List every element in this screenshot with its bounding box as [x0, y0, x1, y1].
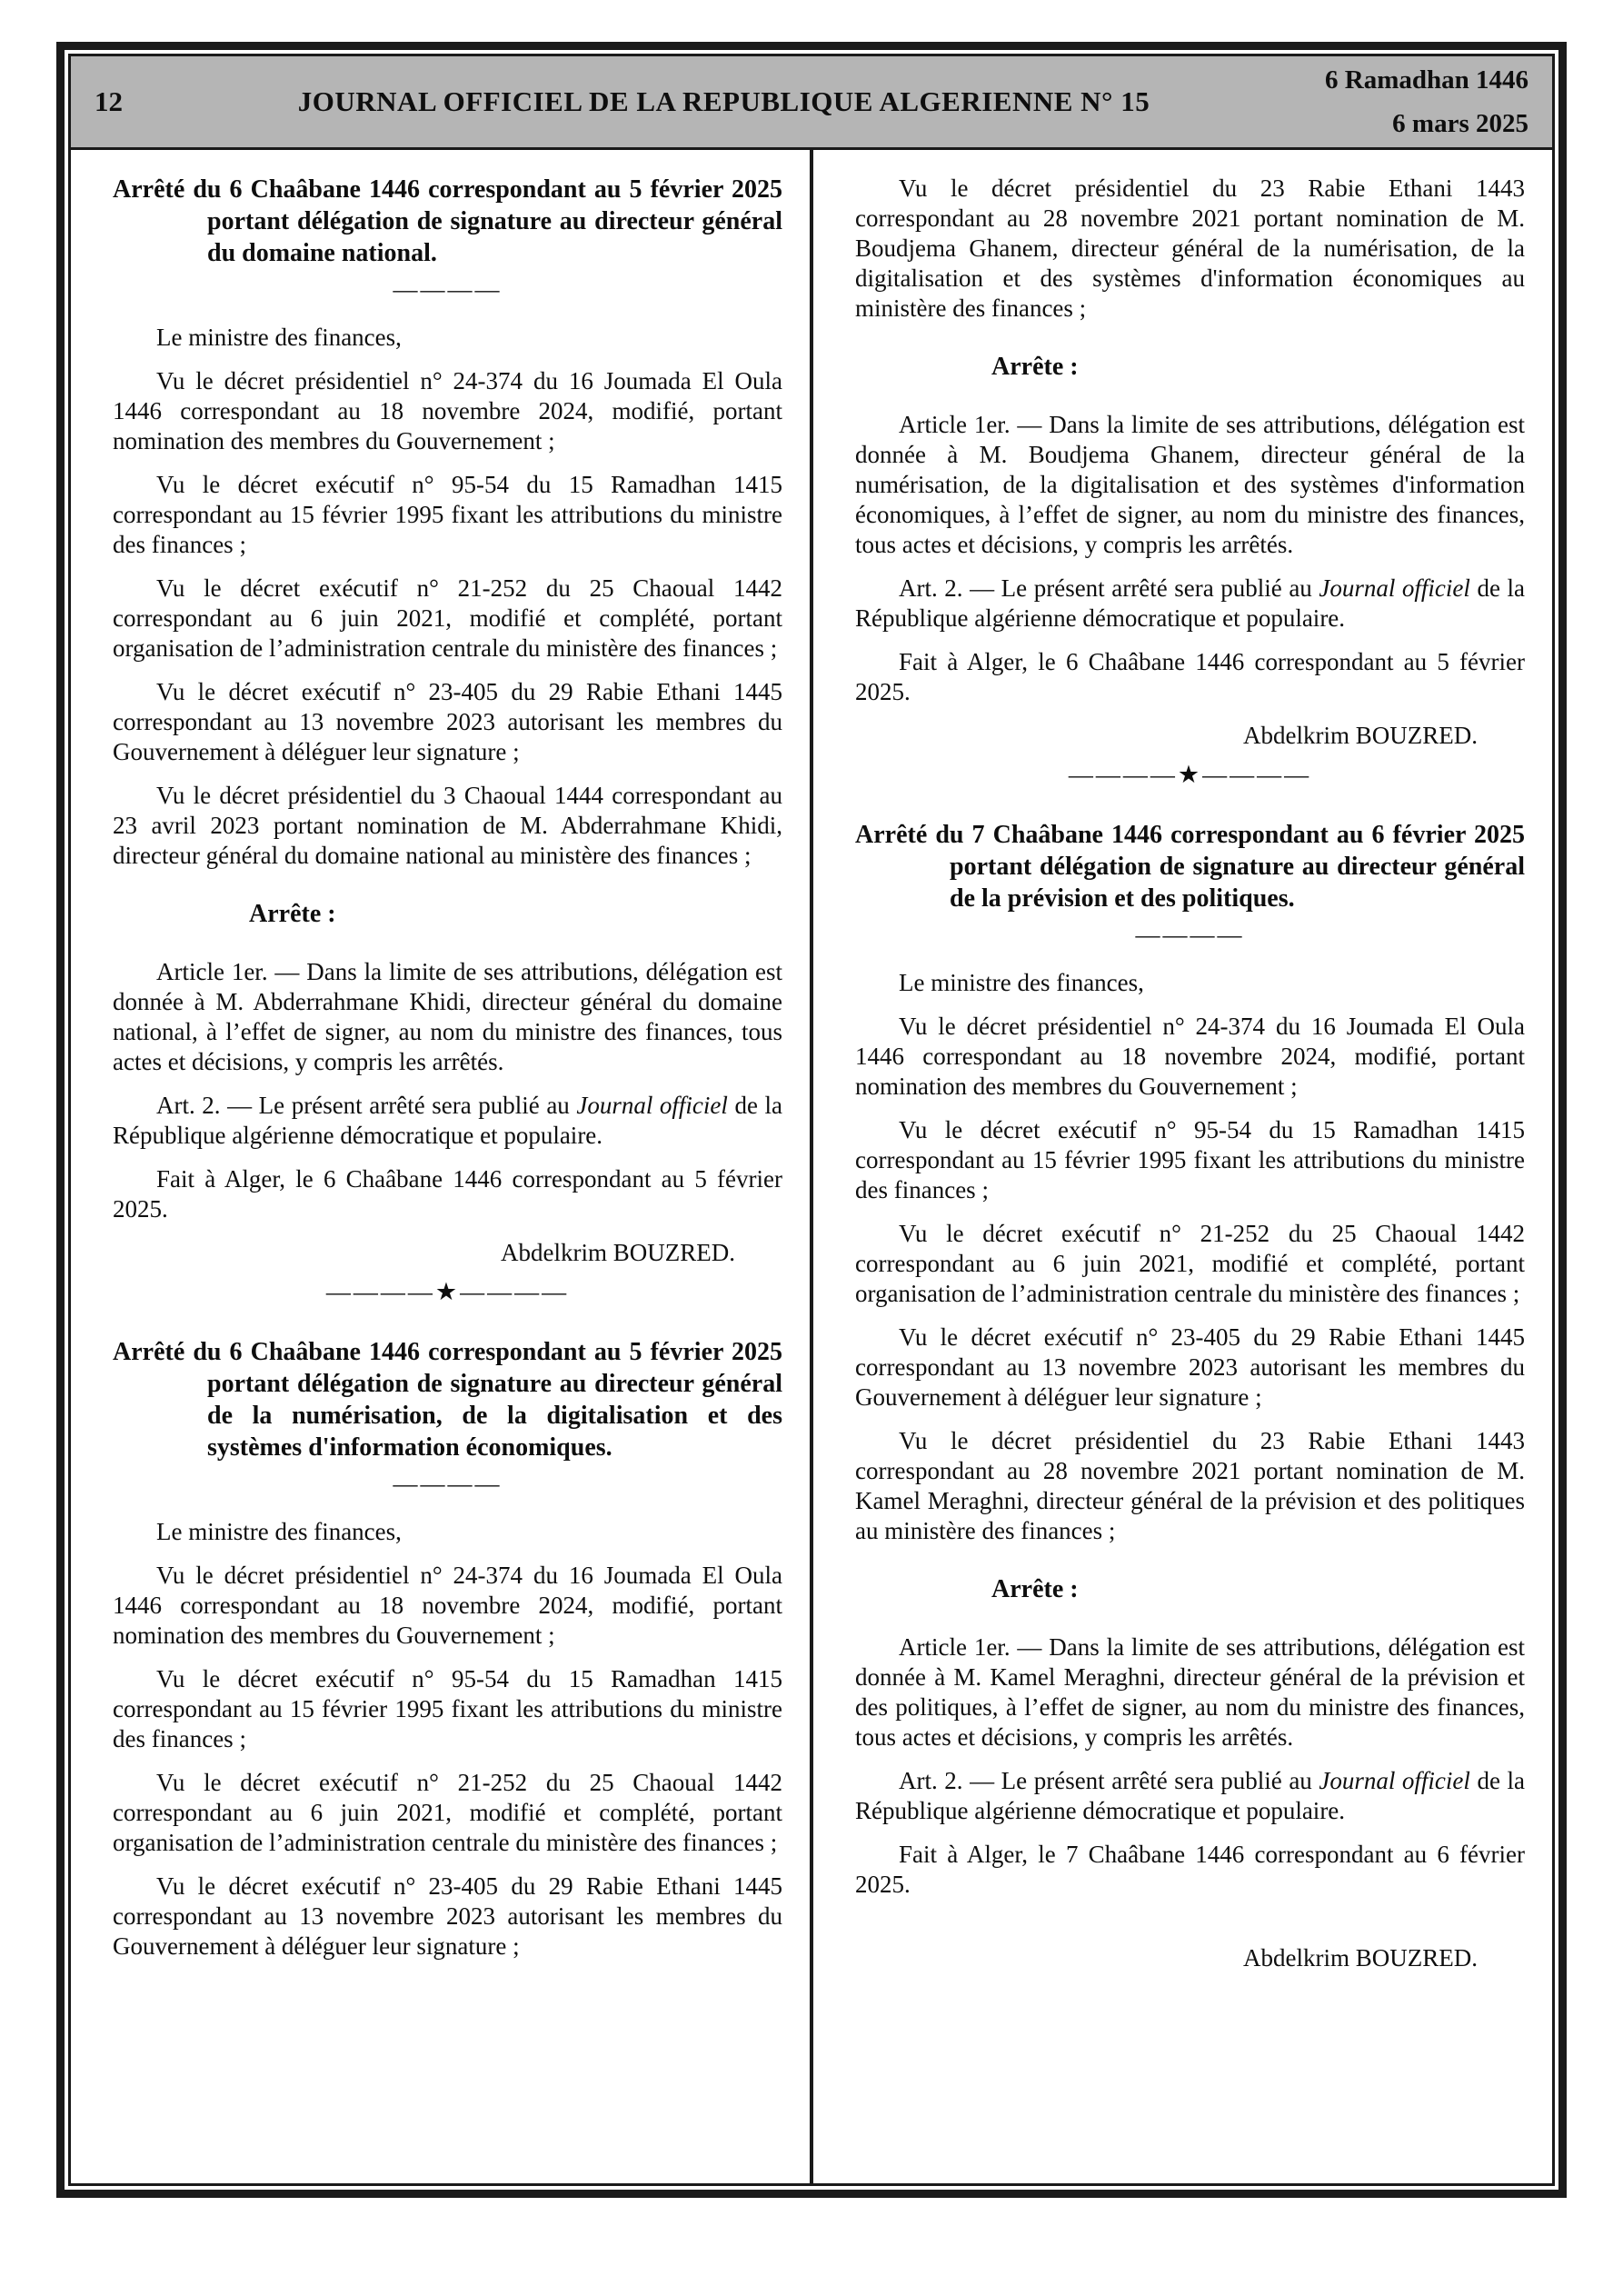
date-hijri: 6 Ramadhan 1446	[1325, 58, 1528, 102]
right-column: Vu le décret présidentiel du 23 Rabie Et…	[813, 150, 1552, 2183]
page-content: Arrêté du 6 Chaâbane 1446 correspondant …	[71, 150, 1552, 2183]
paragraph: Vu le décret présidentiel du 23 Rabie Et…	[855, 174, 1525, 324]
issue-dates: 6 Ramadhan 1446 6 mars 2025	[1325, 58, 1528, 145]
signature: Abdelkrim BOUZRED.	[113, 1238, 782, 1268]
signature: Abdelkrim BOUZRED.	[855, 1943, 1525, 1973]
arrete-heading: Arrête :	[991, 1573, 1525, 1605]
paragraph: Art. 2. — Le présent arrêté sera publié …	[855, 1766, 1525, 1826]
journal-header: 12 JOURNAL OFFICIEL DE LA REPUBLIQUE ALG…	[71, 56, 1552, 150]
paragraph-text: Art. 2. — Le présent arrêté sera publié …	[156, 1092, 576, 1119]
dash-separator: ————	[855, 920, 1525, 950]
page-frame: 12 JOURNAL OFFICIEL DE LA REPUBLIQUE ALG…	[56, 42, 1567, 2198]
paragraph: Art. 2. — Le présent arrêté sera publié …	[113, 1091, 782, 1151]
paragraph: Vu le décret exécutif n° 23-405 du 29 Ra…	[113, 677, 782, 767]
paragraph-text: Art. 2. — Le présent arrêté sera publié …	[899, 1767, 1319, 1794]
journal-title: JOURNAL OFFICIEL DE LA REPUBLIQUE ALGERI…	[123, 85, 1325, 118]
paragraph: Vu le décret présidentiel du 23 Rabie Et…	[855, 1426, 1525, 1546]
page-number: 12	[95, 85, 123, 118]
paragraph: Vu le décret exécutif n° 21-252 du 25 Ch…	[855, 1219, 1525, 1309]
paragraph: Article 1er. — Dans la limite de ses att…	[855, 410, 1525, 560]
paragraph: Vu le décret exécutif n° 23-405 du 29 Ra…	[113, 1872, 782, 1962]
star-separator: ————★————	[113, 1277, 782, 1307]
paragraph: Vu le décret exécutif n° 95-54 du 15 Ram…	[855, 1115, 1525, 1205]
paragraph: Article 1er. — Dans la limite de ses att…	[855, 1632, 1525, 1752]
paragraph: Vu le décret présidentiel du 3 Chaoual 1…	[113, 781, 782, 871]
paragraph: Article 1er. — Dans la limite de ses att…	[113, 957, 782, 1077]
paragraph: Vu le décret présidentiel n° 24-374 du 1…	[855, 1012, 1525, 1102]
left-column: Arrêté du 6 Chaâbane 1446 correspondant …	[71, 150, 810, 2183]
paragraph: Fait à Alger, le 7 Chaâbane 1446 corresp…	[855, 1840, 1525, 1900]
journal-officiel-italic: Journal officiel	[576, 1092, 728, 1119]
paragraph: Art. 2. — Le présent arrêté sera publié …	[855, 574, 1525, 634]
paragraph: Fait à Alger, le 6 Chaâbane 1446 corresp…	[113, 1164, 782, 1224]
paragraph: Vu le décret exécutif n° 95-54 du 15 Ram…	[113, 470, 782, 560]
arrete-title: Arrêté du 6 Chaâbane 1446 correspondant …	[113, 1336, 782, 1463]
paragraph: Vu le décret présidentiel n° 24-374 du 1…	[113, 366, 782, 456]
arrete-title: Arrêté du 7 Chaâbane 1446 correspondant …	[855, 819, 1525, 914]
paragraph: Vu le décret présidentiel n° 24-374 du 1…	[113, 1561, 782, 1651]
arrete-title: Arrêté du 6 Chaâbane 1446 correspondant …	[113, 174, 782, 269]
journal-officiel-italic: Journal officiel	[1319, 1767, 1470, 1794]
arrete-heading: Arrête :	[991, 351, 1525, 383]
signature: Abdelkrim BOUZRED.	[855, 721, 1525, 751]
paragraph: Fait à Alger, le 6 Chaâbane 1446 corresp…	[855, 647, 1525, 707]
paragraph: Vu le décret exécutif n° 95-54 du 15 Ram…	[113, 1664, 782, 1754]
page-inner-frame: 12 JOURNAL OFFICIEL DE LA REPUBLIQUE ALG…	[68, 54, 1555, 2186]
paragraph: Vu le décret exécutif n° 23-405 du 29 Ra…	[855, 1323, 1525, 1413]
dash-separator: ————	[113, 275, 782, 304]
arrete-heading: Arrête :	[249, 898, 782, 930]
paragraph: Le ministre des finances,	[855, 968, 1525, 998]
paragraph: Le ministre des finances,	[113, 1517, 782, 1547]
paragraph: Le ministre des finances,	[113, 323, 782, 353]
journal-officiel-italic: Journal officiel	[1319, 574, 1470, 602]
paragraph: Vu le décret exécutif n° 21-252 du 25 Ch…	[113, 574, 782, 664]
date-gregorian: 6 mars 2025	[1325, 102, 1528, 145]
paragraph-text: Art. 2. — Le présent arrêté sera publié …	[899, 574, 1319, 602]
star-separator: ————★————	[855, 760, 1525, 790]
dash-separator: ————	[113, 1469, 782, 1499]
paragraph: Vu le décret exécutif n° 21-252 du 25 Ch…	[113, 1768, 782, 1858]
